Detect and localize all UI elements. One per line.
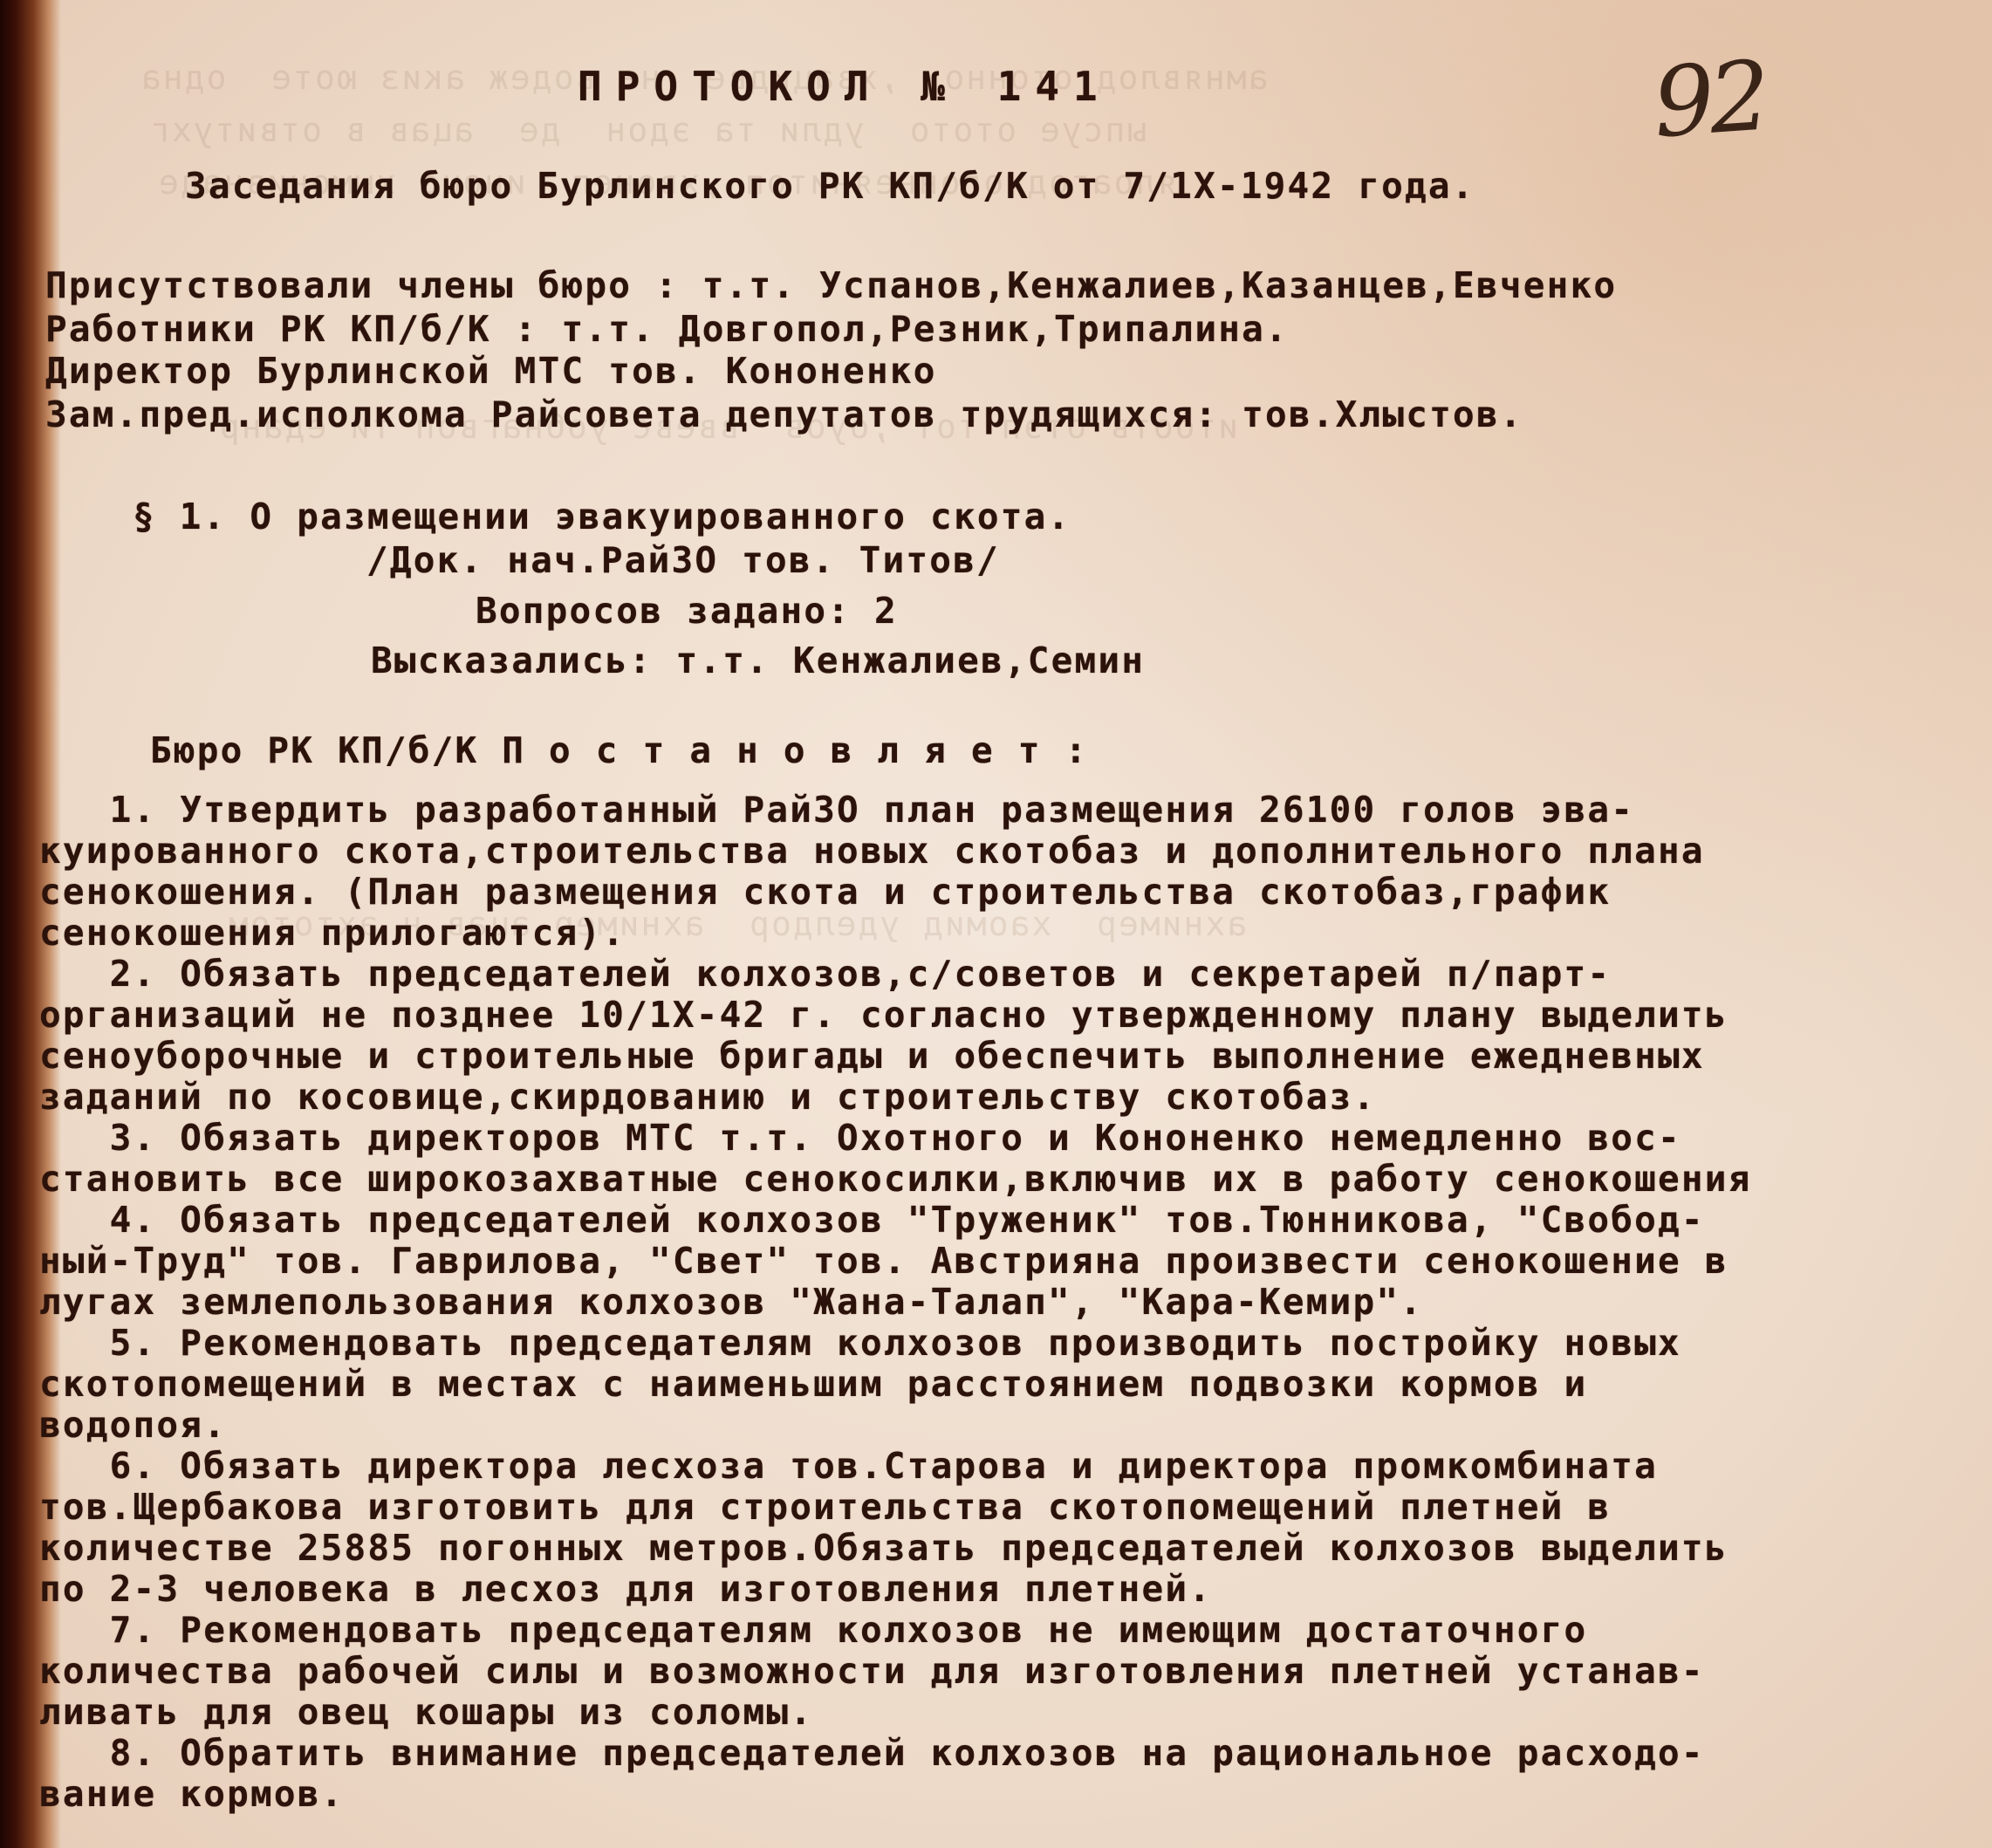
section-questions: Вопросов задано: 2: [476, 593, 898, 629]
resolution-line: заданий по косовице,скирдованию и строит…: [39, 1079, 1376, 1115]
section-heading: § 1. О размещении эвакуированного скота.: [133, 499, 1071, 535]
resolution-line: тов.Щербакова изготовить для строительст…: [39, 1489, 1611, 1525]
handwritten-folio-number: 92: [1650, 40, 1770, 160]
resolution-line: количества рабочей силы и возможности дл…: [39, 1653, 1705, 1689]
resolution-line: лугах землепользования колхозов "Жана-Та…: [39, 1284, 1423, 1320]
attendees-line: Директор Бурлинской МТС тов. Кононенко: [45, 353, 937, 389]
document-title: ПРОТОКОЛ № 141: [578, 66, 1112, 106]
resolution-line: 8. Обратить внимание председателей колхо…: [39, 1735, 1705, 1771]
attendees-line: Зам.пред.исполкома Райсовета депутатов т…: [45, 397, 1523, 433]
resolution-line: становить все широкозахватные сенокосилк…: [39, 1161, 1752, 1197]
attendees-line: Присутствовали члены бюро : т.т. Успанов…: [45, 268, 1617, 304]
resolution-line: по 2-3 человека в лесхоз для изготовлени…: [39, 1571, 1212, 1607]
resolution-line: 3. Обязать директоров МТС т.т. Охотного …: [39, 1120, 1681, 1156]
resolution-line: водопоя.: [39, 1407, 227, 1443]
section-speakers: Высказались: т.т. Кенжалиев,Семин: [371, 643, 1145, 679]
bleed-through-text: ыпсуе отото удли та эдон де ацав в отвит…: [148, 113, 1147, 147]
resolution-line: 2. Обязать председателей колхозов,с/сове…: [39, 956, 1611, 992]
resolution-line: скотопомещений в местах с наименьшим рас…: [39, 1366, 1587, 1402]
resolution-line: 4. Обязать председателей колхозов "Труже…: [39, 1202, 1705, 1238]
resolution-line: вание кормов.: [39, 1776, 345, 1812]
resolution-line: сенокошения прилогаются).: [39, 915, 626, 951]
resolution-line: сеноуборочные и строительные бригады и о…: [39, 1038, 1705, 1074]
resolution-line: количестве 25885 погонных метров.Обязать…: [39, 1530, 1728, 1566]
resolution-line: ный-Труд" тов. Гаврилова, "Свет" тов. Ав…: [39, 1243, 1728, 1279]
resolution-line: 1. Утвердить разработанный РайЗО план ра…: [39, 792, 1634, 828]
resolution-line: куированного скота,строительства новых с…: [39, 833, 1705, 869]
resolution-line: 5. Рекомендовать председателям колхозов …: [39, 1325, 1681, 1361]
resolution-line: 7. Рекомендовать председателям колхозов …: [39, 1612, 1587, 1648]
resolution-line: 6. Обязать директора лесхоза тов.Старова…: [39, 1448, 1658, 1484]
document-subtitle: Заседания бюро Бурлинского РК КП/б/К от …: [185, 168, 1475, 204]
resolution-line: сенокошения. (План размещения скота и ст…: [39, 874, 1611, 910]
resolution-line: организаций не позднее 10/1Х-42 г. согла…: [39, 997, 1728, 1033]
document-page: амнявлод отонно ,хвацидве на водеж акиз …: [0, 0, 1992, 1848]
section-report: /Док. нач.РайЗО тов. Титов/: [366, 543, 1000, 578]
resolution-header: Бюро РК КП/б/К П о с т а н о в л я е т :: [150, 733, 1088, 769]
resolution-line: ливать для овец кошары из соломы.: [39, 1694, 813, 1730]
attendees-line: Работники РК КП/б/К : т.т. Довгопол,Резн…: [45, 311, 1289, 347]
